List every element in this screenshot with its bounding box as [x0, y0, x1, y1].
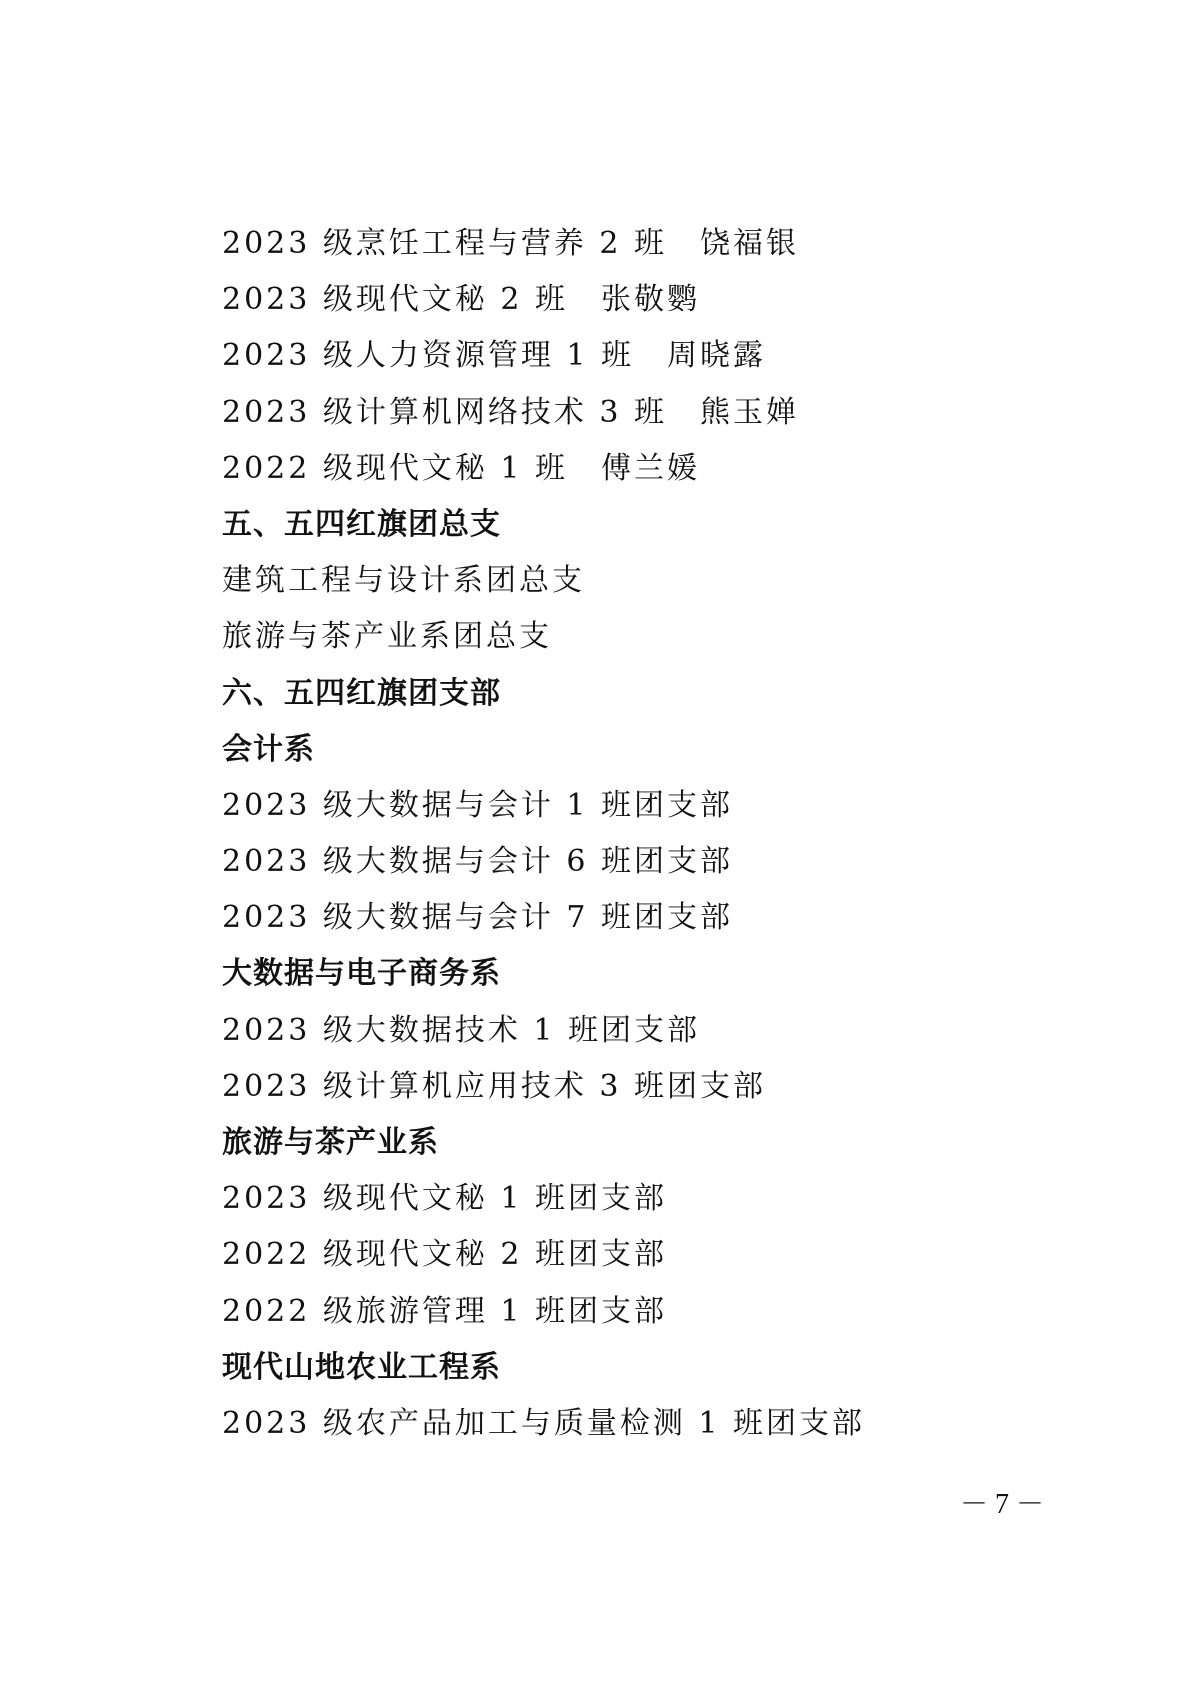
- award-entry: 2022 级旅游管理 1 班团支部: [222, 1284, 865, 1340]
- award-entry: 2023 级计算机应用技术 3 班团支部: [222, 1059, 865, 1115]
- award-entry: 2022 级现代文秘 2 班团支部: [222, 1227, 865, 1283]
- document-body: 2023 级烹饪工程与营养 2 班 饶福银 2023 级现代文秘 2 班 张敬鹦…: [222, 216, 865, 1452]
- section-heading: 六、五四红旗团支部: [222, 666, 865, 722]
- department-heading: 会计系: [222, 722, 865, 778]
- award-entry: 2023 级现代文秘 2 班 张敬鹦: [222, 272, 865, 328]
- award-entry: 2023 级烹饪工程与营养 2 班 饶福银: [222, 216, 865, 272]
- department-heading: 大数据与电子商务系: [222, 946, 865, 1002]
- award-entry: 建筑工程与设计系团总支: [222, 553, 865, 609]
- award-entry: 2022 级现代文秘 1 班 傅兰媛: [222, 441, 865, 497]
- document-page: 2023 级烹饪工程与营养 2 班 饶福银 2023 级现代文秘 2 班 张敬鹦…: [0, 0, 1191, 1684]
- department-heading: 旅游与茶产业系: [222, 1115, 865, 1171]
- award-entry: 2023 级大数据与会计 7 班团支部: [222, 890, 865, 946]
- department-heading: 现代山地农业工程系: [222, 1340, 865, 1396]
- award-entry: 2023 级大数据技术 1 班团支部: [222, 1003, 865, 1059]
- page-number: － 7 －: [960, 1482, 1040, 1522]
- section-heading: 五、五四红旗团总支: [222, 497, 865, 553]
- award-entry: 2023 级人力资源管理 1 班 周晓露: [222, 328, 865, 384]
- award-entry: 2023 级农产品加工与质量检测 1 班团支部: [222, 1396, 865, 1452]
- award-entry: 2023 级计算机网络技术 3 班 熊玉婵: [222, 385, 865, 441]
- award-entry: 2023 级大数据与会计 6 班团支部: [222, 834, 865, 890]
- award-entry: 2023 级现代文秘 1 班团支部: [222, 1171, 865, 1227]
- award-entry: 旅游与茶产业系团总支: [222, 609, 865, 665]
- award-entry: 2023 级大数据与会计 1 班团支部: [222, 778, 865, 834]
